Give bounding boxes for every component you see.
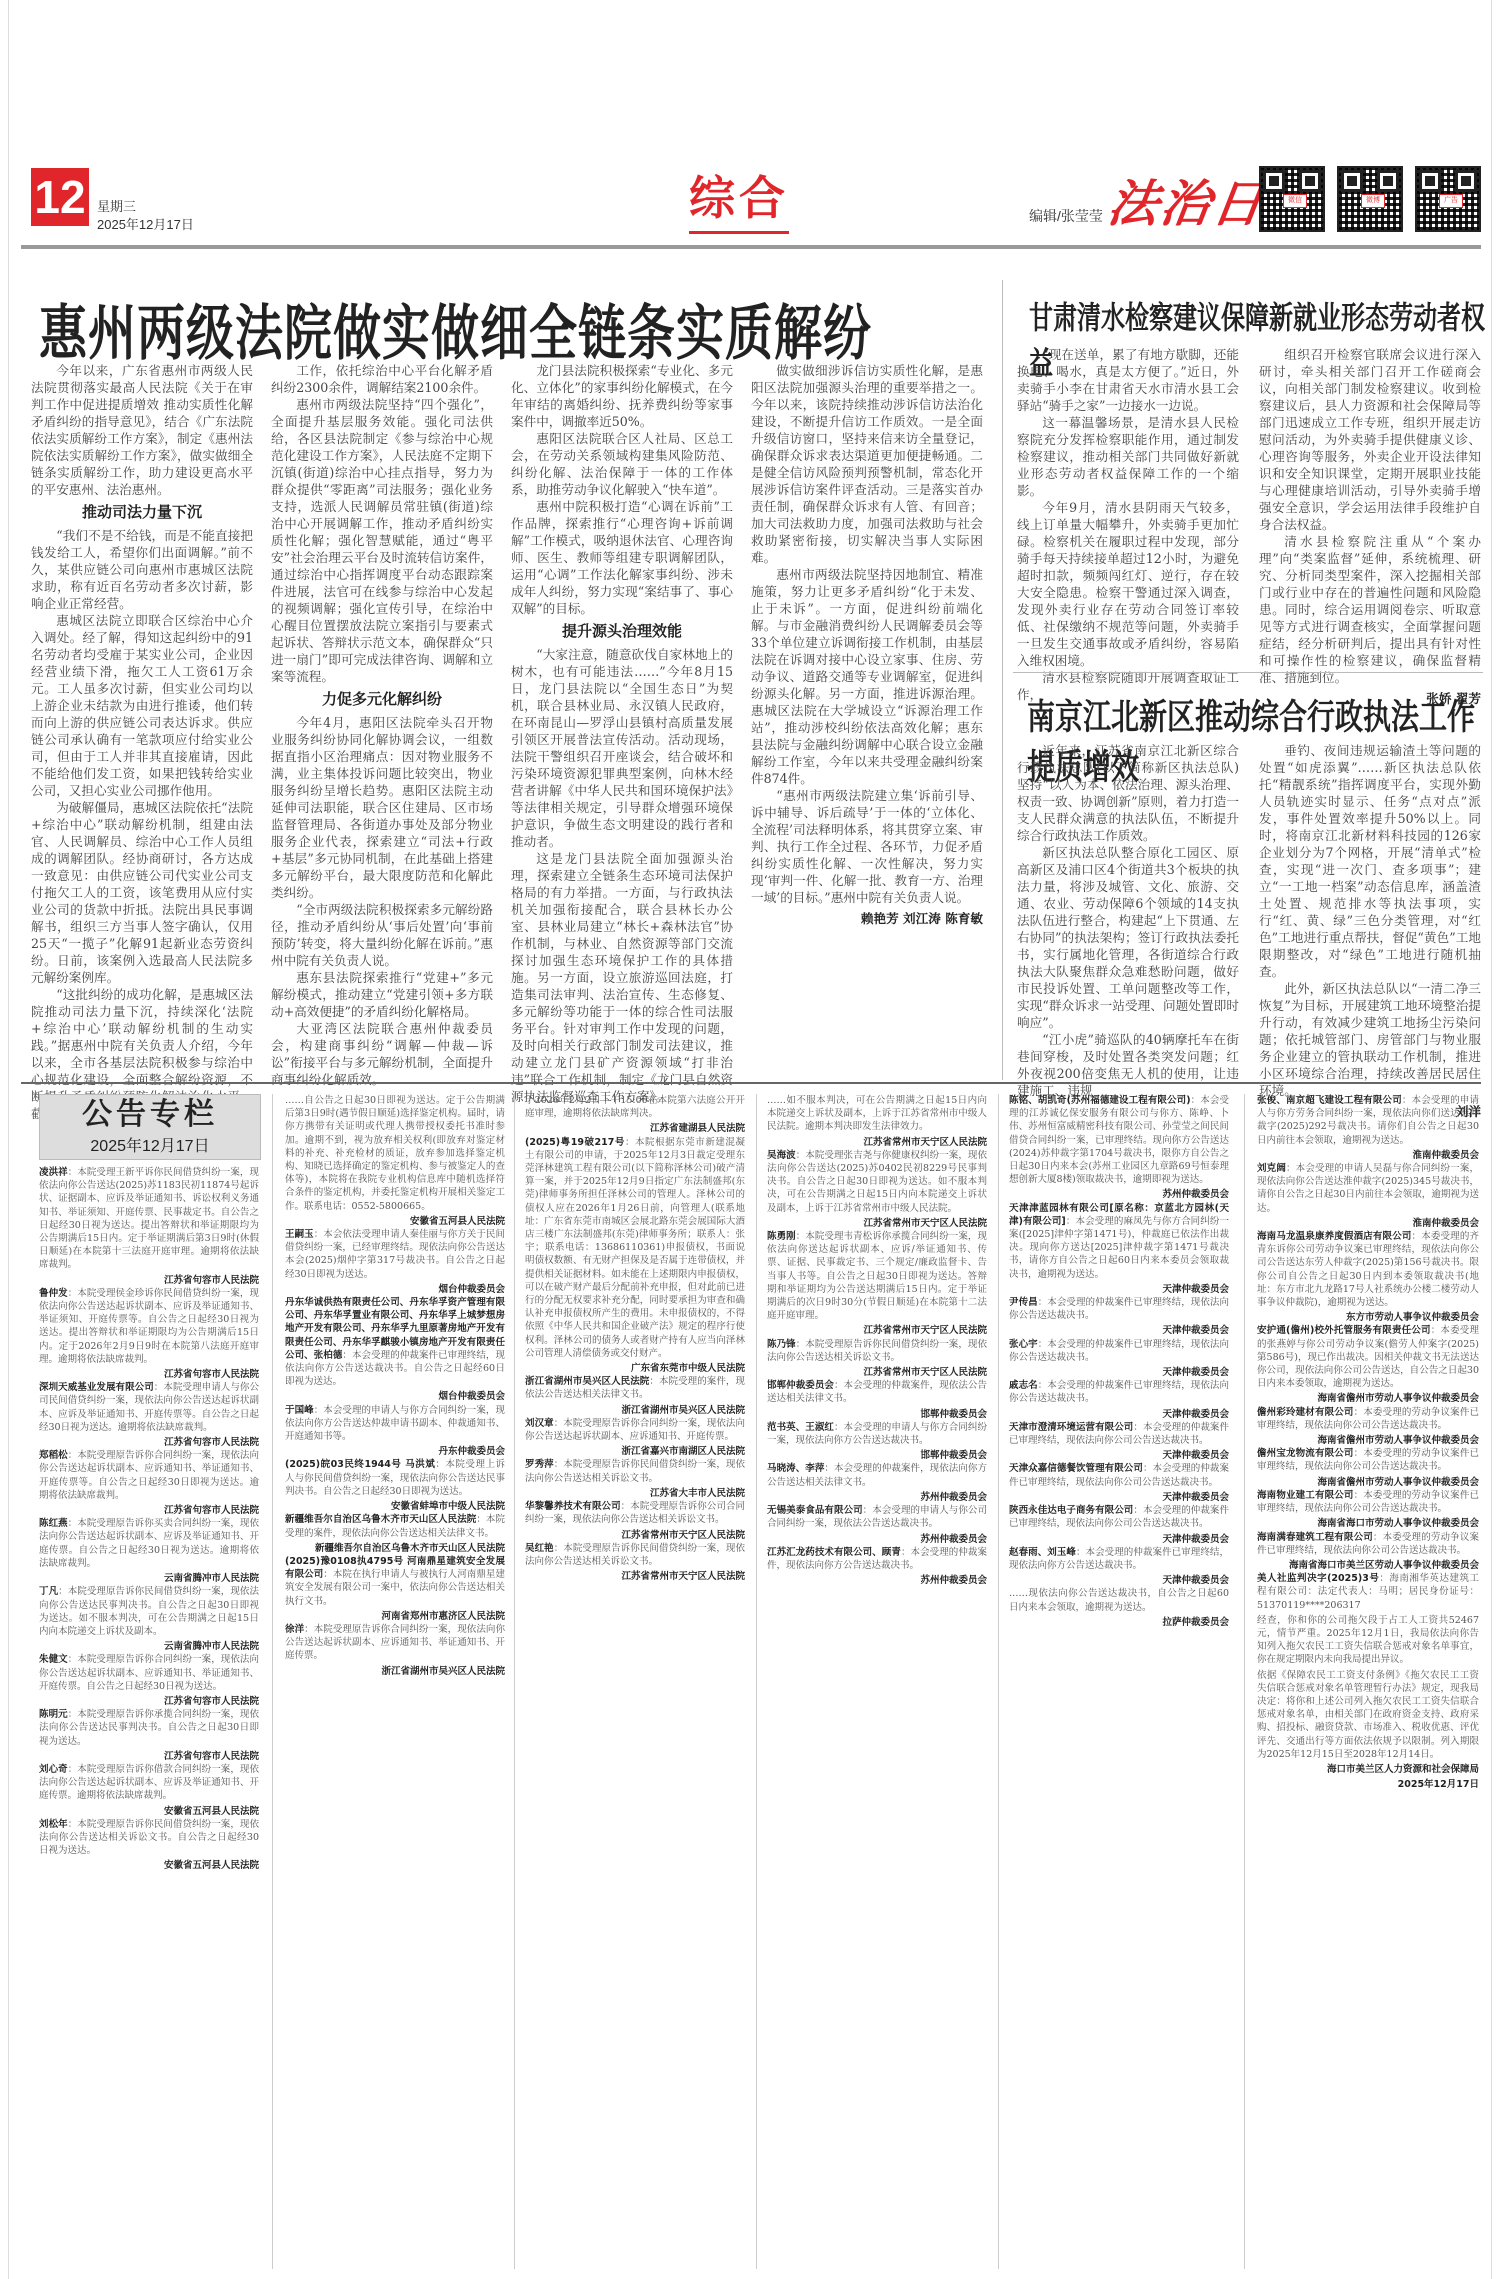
notice-body: 依据《保障农民工工资支付条例》《拖欠农民工工资失信联合惩戒对象名单管理暂行办法》… [1257, 1670, 1479, 1760]
notice-issuer: 2025年12月17日 [1257, 1778, 1479, 1791]
notice-recipient: 王嗣玉 [285, 1229, 314, 1240]
qr-code-group: 微信 微博 广告 [1259, 166, 1481, 232]
notice-item: 王嗣玉：本会依法受理申请人秦佳丽与你方关于民间借贷纠纷一案，已经审理终结。现依法… [285, 1228, 505, 1281]
notice-item: ……自公告之日起30日即视为送达。定于公告期满后第3日9时(遇节假日顺延)选择鉴… [285, 1094, 505, 1213]
notice-item: 陕西永佳达电子商务有限公司：本会受理的仲裁案件已审理终结，现依法向你公司公告送达… [1009, 1504, 1229, 1530]
notice-issuer: 浙江省湖州市吴兴区人民法院 [525, 1404, 745, 1417]
notice-issuer: 海南省儋州市劳动人事争议仲裁委员会 [1257, 1434, 1479, 1447]
notice-title: 公告专栏 [40, 1097, 260, 1133]
notice-divider [998, 1094, 999, 2269]
notice-divider [514, 1094, 515, 2269]
notice-issuer: 云南省腾冲市人民法院 [39, 1640, 259, 1653]
notice-issuer: 江苏省大丰市人民法院 [525, 1487, 745, 1500]
notice-item: 范书英、王淑红：本会受理的申请人与你方合同纠纷一案，现依法向你方公告送达裁决书。 [767, 1421, 987, 1447]
notice-issuer: 江苏省常州市天宁区人民法院 [767, 1217, 987, 1230]
notice-item: 吴红艳：本院受理原告诉你民间借贷纠纷一案，现依法向你公告送达相关诉讼文书。 [525, 1542, 745, 1568]
notice-issuer: 拉萨仲裁委员会 [1009, 1616, 1229, 1629]
notice-item: 丁凡：本院受理原告诉你民间借贷纠纷一案，现依法向你公告送达民事判决书。自公告之日… [39, 1585, 259, 1638]
notice-issuer: 海南省海口市劳动人事争议仲裁委员会 [1257, 1517, 1479, 1530]
notice-recipient: 美人社监判决字(2025)3号 [1257, 1573, 1379, 1584]
notice-item: 陈勇刚：本院受理韦青松诉你承揽合同纠纷一案，现依法向你送达起诉状副本、应诉/举证… [767, 1230, 987, 1322]
notice-recipient: 陕西永佳达电子商务有限公司 [1009, 1505, 1133, 1516]
subheading: 推动司法力量下沉 [31, 504, 253, 521]
notice-item: 安护通(儋州)校外托管服务有限责任公司：本委受理的张燕婷与你公司劳动争议案(儋劳… [1257, 1324, 1479, 1390]
notice-issuer: 邯郸仲裁委员会 [767, 1408, 987, 1421]
notice-issuer: 苏州仲裁委员会 [1009, 1188, 1229, 1201]
notice-recipient: 江苏汇龙药技术有限公司、顾青 [767, 1547, 901, 1558]
notice-body: 本院受理原告诉你民间借贷纠纷一案，现依法向你公告送达相关诉讼文书。 [767, 1339, 987, 1363]
notice-issuer: 安徽省五河县人民法院 [39, 1805, 259, 1818]
notice-recipient: 陈铭、胡凯奇(苏州福德建设工程有限公司) [1009, 1095, 1191, 1106]
notice-item: 鲁仲发：本院受理侯金珍诉你民间借贷纠纷一案，现依法向你公告送达起诉状副本、应诉及… [39, 1287, 259, 1366]
notice-body: ……现依法向你公告送达裁决书，自公告之日起60日内来本会领取，逾期视为送达。 [1009, 1588, 1229, 1612]
notice-body: 本会受理的江苏诚亿保安服务有限公司与你方、陈峥、卜伟、苏州恒富威精密科技有限公司… [1009, 1095, 1229, 1185]
masthead-divider [21, 245, 1481, 249]
notice-item: 吴海波：本院受理张吉尧与你健康权纠纷一案，现依法向你公告送达(2025)苏040… [767, 1149, 987, 1215]
notice-recipient: 陈乃锋 [767, 1339, 796, 1350]
paragraph: 为破解僵局，惠城区法院依托“法院+综治中心”联动解纷机制，组建由法官、人民调解员… [31, 799, 253, 986]
notice-item: 陈明元：本院受理原告诉你承揽合同纠纷一案，现依法向你公告送达民事判决书。自公告之… [39, 1708, 259, 1748]
subheading: 力促多元化解纠纷 [271, 691, 493, 708]
notice-item: 张心宇：本会受理的仲裁案件已审理终结，现依法向你公告送达裁决书。 [1009, 1338, 1229, 1364]
notice-issuer: 江苏省常州市天宁区人民法院 [767, 1324, 987, 1337]
notice-recipient: 张心宇 [1009, 1339, 1038, 1350]
notice-item: (2025)皖03民终1944号 马洪斌：本院受理上诉人与你民间借贷纠纷一案，现… [285, 1458, 505, 1498]
paragraph: 今年以来，广东省惠州市两级人民法院贯彻落实最高人民法院《关于在审判工作中促进提质… [31, 362, 253, 498]
notice-item: (2025)豫0108执4795号 河南鼎星建筑安全发展有限公司：本院在执行申请… [285, 1555, 505, 1608]
notice-item: 郑稻松：本院受理原告诉你合同纠纷一案，现依法向你公告送达起诉状副本、应诉通知书、… [39, 1449, 259, 1502]
notice-item: 天津市澄清环境运营有限公司：本会受理的仲裁案件已审理终结，现依法向你公司公告送达… [1009, 1421, 1229, 1447]
main-article-column-4: 做实做细涉诉信访实质性化解，是惠阳区法院加强源头治理的重要举措之一。今年以来，该… [751, 362, 983, 927]
notice-issuer: 天津仲裁委员会 [1009, 1574, 1229, 1587]
notice-body: 本会依法受理申请人秦佳丽与你方关于民间借贷纠纷一案，已经审理终结。现依法向你公告… [285, 1229, 505, 1280]
notice-body: 本会受理的仲裁案件已审理终结，现依法向你公告送达裁决书。 [1009, 1339, 1229, 1363]
notice-issuer: 安徽省蚌埠市中级人民法院 [285, 1500, 505, 1513]
paragraph: 这一幕温馨场景，是清水县人民检察院充分发挥检察职能作用，通过制发检察建议，推动相… [1017, 414, 1239, 499]
paragraph: 清水县检察院注重从“个案办理”向“类案监督”延伸，系统梳理、研究、分析同类型案件… [1259, 533, 1481, 686]
notice-item: 浙江省湖州市吴兴区人民法院：本院受理的案件，现依法公告送达相关法律文书。 [525, 1375, 745, 1401]
notice-issuer: 天津仲裁委员会 [1009, 1491, 1229, 1504]
notice-recipient: 陈明元 [39, 1709, 68, 1720]
notice-issuer: 江苏省句容市人民法院 [39, 1436, 259, 1449]
notice-item: 儋州彩玲建材有限公司：本委受理的劳动争议案件已审理终结，现依法向你公司公告送达裁… [1257, 1406, 1479, 1432]
notice-recipient: 天津市澄清环境运营有限公司 [1009, 1422, 1133, 1433]
notice-issuer: 苏州仲裁委员会 [767, 1533, 987, 1546]
notice-issuer: 天津仲裁委员会 [1009, 1366, 1229, 1379]
notice-issuer: 安徽省五河县人民法院 [285, 1215, 505, 1228]
notice-recipient: 海南物业建工有限公司 [1257, 1490, 1354, 1501]
notice-body: 本院受理原告诉你民间借贷纠纷一案，现依法向你公告送达相关诉讼文书。 [525, 1459, 745, 1483]
notice-item: 天津众嘉信德餐饮管理有限公司：本会受理的仲裁案件已审理终结，现依法向你公司公告送… [1009, 1462, 1229, 1488]
notice-item: ……现依法向你公告送达裁决书，自公告之日起60日内来本会领取，逾期视为送达。 [1009, 1587, 1229, 1613]
paragraph: 近年来，江苏省南京江北新区综合行政执法总队(以下简称新区执法总队)坚持“以人为本… [1017, 742, 1239, 844]
notice-recipient: (2025)粤19破217号 [525, 1137, 625, 1148]
notice-issuer: 海口市美兰区人力资源和社会保障局 [1257, 1763, 1479, 1776]
notice-recipient: 海南马龙温泉康养度假酒店有限公司 [1257, 1231, 1412, 1242]
notice-recipient: 安护通(儋州)校外托管服务有限责任公司 [1257, 1325, 1431, 1336]
paragraph: 惠州市两级法院坚持“四个强化”，全面提升基层服务效能。强化司法供给，各区县法院制… [271, 396, 493, 685]
notice-column-3: 于2026年2月2日下午15:00在本院第六法庭公开开庭审理，逾期将依法缺席判决… [525, 1094, 745, 2266]
notice-issuer: 天津仲裁委员会 [1009, 1283, 1229, 1296]
notice-body: 本院受理原告诉你民间借贷纠纷一案，现依法向你公告送达民事判决书。自公告之日起30… [39, 1586, 259, 1637]
notice-item: 海南满春建筑工程有限公司：本委受理的劳动争议案件已审理终结，现依法向你公司公告送… [1257, 1531, 1479, 1557]
qr-code-icon[interactable]: 微信 [1259, 166, 1325, 232]
paragraph: 大亚湾区法院联合惠州仲裁委员会，构建商事纠纷“调解—仲裁—诉讼”衔接平台与多元解… [271, 1020, 493, 1088]
qr-label: 微博 [1361, 194, 1385, 208]
paragraph: 垂钓、夜间违规运输渣土等问题的处置“如虎添翼”……新区执法总队依托“精靓系统”指… [1259, 742, 1481, 980]
notice-recipient: 新疆维吾尔自治区乌鲁木齐市天山区人民法院 [285, 1514, 476, 1525]
paragraph: 惠州中院积极打造“心调在诉前”工作品牌，探索推行“心理咨询+诉前调解”工作模式，… [511, 498, 733, 617]
qr-label: 广告 [1439, 194, 1463, 208]
notice-recipient: 徐洋 [285, 1624, 304, 1635]
notice-issuer: 江苏省句容市人民法院 [39, 1274, 259, 1287]
notice-body: 本院受理原告诉你合同纠纷一案，现依法向你公告送达起诉状副本、应诉通知书、举证通知… [285, 1624, 505, 1661]
notice-recipient: 刘心奇 [39, 1764, 68, 1775]
notice-body: 本院根据东莞市新建混凝土有限公司的申请，于2025年12月3日裁定受理东莞泽林建… [525, 1137, 745, 1359]
notice-issuer: 江苏省常州市天宁区人民法院 [525, 1529, 745, 1542]
editor-credit: 编辑/张莹莹 [1029, 206, 1103, 226]
notice-body: 本院受理原告诉你民间借贷纠纷一案，现依法向你公告送达相关诉讼文书。 [525, 1543, 745, 1567]
notice-recipient: 浙江省湖州市吴兴区人民法院 [525, 1376, 649, 1387]
notice-item: 天津津蓝园林有限公司[原名称：京蓝北方园林(天津)有限公司]：本会受理的麻凤先与… [1009, 1202, 1229, 1281]
paragraph: “我们不是不给钱，而是不能直接把钱发给工人，希望你们出面调解。”前不久，某供应链… [31, 527, 253, 612]
notice-item: (2025)粤19破217号：本院根据东莞市新建混凝土有限公司的申请，于2025… [525, 1136, 745, 1360]
notice-issuer: 江苏省常州市天宁区人民法院 [767, 1136, 987, 1149]
notice-body: 本院受理王新平诉你民间借贷纠纷一案，现依法向你公告送达(2025)苏1183民初… [39, 1167, 259, 1270]
notice-item: 依据《保障农民工工资支付条例》《拖欠农民工工资失信联合惩戒对象名单管理暂行办法》… [1257, 1669, 1479, 1761]
notice-issuer: 江苏省句容市人民法院 [39, 1504, 259, 1517]
notice-issuer: 苏州仲裁委员会 [767, 1491, 987, 1504]
notice-body: 本院受理原告诉你合同纠纷一案，现依法向你公告送达起诉状副本、应诉通知书、开庭传票… [525, 1418, 745, 1442]
notice-column-5: 陈铭、胡凯奇(苏州福德建设工程有限公司)：本会受理的江苏诚亿保安服务有限公司与你… [1009, 1094, 1229, 2266]
notice-item: 刘心奇：本院受理原告诉你借款合同纠纷一案，现依法向你公告送达起诉状副本、应诉及举… [39, 1763, 259, 1803]
notice-recipient: 海南满春建筑工程有限公司 [1257, 1532, 1373, 1543]
notice-issuer: 天津仲裁委员会 [1009, 1449, 1229, 1462]
notice-issuer: 海南省儋州市劳动人事争议仲裁委员会 [1257, 1392, 1479, 1405]
qr-code-icon[interactable]: 广告 [1415, 166, 1481, 232]
notice-recipient: 刘汉章 [525, 1418, 554, 1429]
notice-issuer: 烟台仲裁委员会 [285, 1390, 505, 1403]
paragraph: “全市两级法院积极探索多元解纷路径，推动矛盾纠纷从‘事后处置’向‘事前预防’转变… [271, 901, 493, 969]
paragraph: 惠州市两级法院坚持因地制宜、精准施策，努力让更多矛盾纠纷“化于未发、止于未诉”。… [751, 566, 983, 787]
notice-recipient: 朱健文 [39, 1654, 68, 1665]
notice-item: 徐洋：本院受理原告诉你合同纠纷一案，现依法向你公告送达起诉状副本、应诉通知书、举… [285, 1623, 505, 1663]
notice-recipient: 儋州彩玲建材有限公司 [1257, 1407, 1354, 1418]
side-article-2-column-2: 垂钓、夜间违规运输渣土等问题的处置“如虎添翼”……新区执法总队依托“精靓系统”指… [1259, 742, 1481, 1120]
notice-issuer: 海南省儋州市劳动人事争议仲裁委员会 [1257, 1476, 1479, 1489]
notice-body: 本委受理的齐青东诉你公司劳动争议案已审理终结，现依法向你公司公告送达东劳人仲裁字… [1257, 1231, 1479, 1308]
page-number: 12 [31, 168, 89, 226]
notice-column-4: ……如不服本判决，可在公告期满之日起15日内向本院递交上诉状及副本，上诉于江苏省… [767, 1094, 987, 2266]
notice-issuer: 烟台仲裁委员会 [285, 1283, 505, 1296]
notice-recipient: 戚志名 [1009, 1380, 1038, 1391]
notice-body: 本院受理原告诉你民间借贷纠纷一案，现依法向你公告送达相关诉讼文书。自公告之日起经… [39, 1819, 259, 1856]
notice-issuer: 新疆维吾尔自治区乌鲁木齐市天山区人民法院 [285, 1542, 505, 1555]
qr-code-icon[interactable]: 微博 [1337, 166, 1403, 232]
notice-body: 本会受理的仲裁案件已审理终结，现依法向你公告送达裁决书。 [1009, 1297, 1229, 1321]
notice-body: 本院受理韦青松诉你承揽合同纠纷一案，现依法向你送达起诉状副本、应诉/举证通知书、… [767, 1231, 987, 1321]
notice-recipient: 罗秀萍 [525, 1459, 554, 1470]
notice-recipient: (2025)皖03民终1944号 马洪斌 [285, 1459, 435, 1470]
side-article-1-column-2: 组织召开检察官联席会议进行深入研讨，牵头相关部门召开工作磋商会议，向相关部门制发… [1259, 346, 1481, 707]
notice-body: 本院受理原告诉你借款合同纠纷一案，现依法向你公告送达起诉状副本、应诉及举证通知书… [39, 1764, 259, 1801]
notice-item: 新疆维吾尔自治区乌鲁木齐市天山区人民法院：本院受理的案件，现依法向你公告送达相关… [285, 1513, 505, 1539]
section-title: 综合 [689, 162, 789, 228]
notice-body: 本会受理的仲裁案件已审理终结，现依法向你公告送达裁决书。 [1009, 1380, 1229, 1404]
notice-item: 刘松年：本院受理原告诉你民间借贷纠纷一案，现依法向你公告送达相关诉讼文书。自公告… [39, 1818, 259, 1858]
qr-label: 微信 [1283, 194, 1307, 208]
notice-body: 本院受理侯金珍诉你民间借贷纠纷一案，现依法向你公告送达起诉状副本、应诉及举证通知… [39, 1288, 259, 1365]
notice-issuer: 天津仲裁委员会 [1009, 1324, 1229, 1337]
notice-item: 张俊、南京超飞建设工程有限公司：本会受理的申请人与你方劳务合同纠纷一案，现依法向… [1257, 1094, 1479, 1147]
masthead: 12 星期三 2025年12月17日 综合 编辑/张莹莹 法治日报 微信 微博 … [29, 160, 1469, 240]
notice-issuer: 江苏省句容市人民法院 [39, 1750, 259, 1763]
notice-issuer: 江苏省句容市人民法院 [39, 1368, 259, 1381]
notice-divider [756, 1094, 757, 2269]
main-headline: 惠州两级法院做实做细全链条实质解纷 [39, 285, 872, 371]
paragraph: 今年9月，清水县阴雨天气较多，线上订单量大幅攀升，外卖骑手更加忙碌。检察机关在履… [1017, 499, 1239, 669]
notice-issuer: 淮南仲裁委员会 [1257, 1217, 1479, 1230]
paragraph: “大家注意，随意砍伐自家林地上的树木，也有可能违法……”今年8月15日，龙门县法… [511, 646, 733, 850]
notice-issuer: 邯郸仲裁委员会 [767, 1449, 987, 1462]
notice-item: 陈铭、胡凯奇(苏州福德建设工程有限公司)：本会受理的江苏诚亿保安服务有限公司与你… [1009, 1094, 1229, 1186]
notice-item: 尹传昌：本会受理的仲裁案件已审理终结，现依法向你公告送达裁决书。 [1009, 1296, 1229, 1322]
main-article-column-3: 龙门县法院积极探索“专业化、多元化、立体化”的家事纠纷化解模式，在今年审结的离婚… [511, 362, 733, 1105]
notice-item: 儋州宝龙物流有限公司：本委受理的劳动争议案件已审理终结，现依法向你公司公告送达裁… [1257, 1447, 1479, 1473]
weekday: 星期三 [97, 196, 136, 215]
notice-divider [1244, 1094, 1245, 2269]
notice-recipient: 陈勇刚 [767, 1231, 796, 1242]
notice-item: 海南马龙温泉康养度假酒店有限公司：本委受理的齐青东诉你公司劳动争议案已审理终结，… [1257, 1230, 1479, 1309]
notice-issuer: 丹东仲裁委员会 [285, 1445, 505, 1458]
notice-item: 朱健文：本院受理原告诉你合同纠纷一案，现依法向你公告送达起诉状副本、应诉通知书、… [39, 1653, 259, 1693]
byline: 赖艳芳 刘江涛 陈育敏 [751, 910, 983, 927]
notice-issuer: 淮南仲裁委员会 [1257, 1149, 1479, 1162]
notice-divider [272, 1094, 273, 2269]
notice-recipient: 吴红艳 [525, 1543, 554, 1554]
notice-recipient: 华黎馨养技术有限公司 [525, 1501, 621, 1512]
paragraph: 新区执法总队整合原化工园区、原高新区及浦口区4个街道共3个板块的执法力量，将涉及… [1017, 844, 1239, 1031]
notice-item: 于2026年2月2日下午15:00在本院第六法庭公开开庭审理，逾期将依法缺席判决… [525, 1094, 745, 1120]
notice-item: 邯郸仲裁委员会：本会受理的仲裁案件，现依法公告送达相关法律文书。 [767, 1379, 987, 1405]
notice-item: 赵春雨、刘玉峰：本会受理的仲裁案件已审理终结，现依法向你方公告送达裁决书。 [1009, 1546, 1229, 1572]
notice-recipient: 尹传昌 [1009, 1297, 1038, 1308]
notice-issuer: 江苏省常州市天宁区人民法院 [525, 1570, 745, 1583]
notice-item: 陈红燕：本院受理原告诉你买卖合同纠纷一案，现依法向你公告送达起诉状副本、应诉及举… [39, 1517, 259, 1570]
paragraph: 惠东县法院探索推行“党建+”多元解纷模式，推动建立“党建引领+多方联动+高效便捷… [271, 969, 493, 1020]
notice-item: 丹东华诚供热有限责任公司、丹东华孚资产管理有限公司、丹东华孚置业有限公司、丹东华… [285, 1296, 505, 1388]
notice-body: ……自公告之日起30日即视为送达。定于公告期满后第3日9时(遇节假日顺延)选择鉴… [285, 1095, 505, 1212]
notice-item: 江苏汇龙药技术有限公司、顾青：本会受理的仲裁案件，现依法向你方公告送达裁决书。 [767, 1546, 987, 1572]
notice-issuer: 江苏省建湖县人民法院 [525, 1122, 745, 1135]
notice-body: 本院受理原告诉你合同纠纷一案，现依法向你公告送达起诉状副本、应诉通知书、举证通知… [39, 1450, 259, 1501]
paragraph: 做实做细涉诉信访实质性化解，是惠阳区法院加强源头治理的重要举措之一。今年以来，该… [751, 362, 983, 566]
notice-item: ……如不服本判决，可在公告期满之日起15日内向本院递交上诉状及副本，上诉于江苏省… [767, 1094, 987, 1134]
subheading: 提升源头治理效能 [511, 623, 733, 640]
paragraph: 惠阳区法院联合区人社局、区总工会，在劳动关系领域构建集风险防范、纠纷化解、法治保… [511, 430, 733, 498]
issue-date: 2025年12月17日 [97, 214, 194, 233]
notice-date: 2025年12月17日 [40, 1133, 260, 1156]
notice-body: 本院受理原告诉你买卖合同纠纷一案，现依法向你公告送达起诉状副本、应诉及举证通知书… [39, 1518, 259, 1569]
notice-body: 于2026年2月2日下午15:00在本院第六法庭公开开庭审理，逾期将依法缺席判决… [525, 1095, 745, 1119]
notice-body: 本院受理原告诉你承揽合同纠纷一案，现依法向你公告送达民事判决书。自公告之日起30… [39, 1709, 259, 1746]
paragraph: “惠州市两级法院建立集‘诉前引导、诉中辅导、诉后疏导’于一体的‘立体化、全流程’… [751, 787, 983, 906]
notice-item: 刘汉章：本院受理原告诉你合同纠纷一案，现依法向你公告送达起诉状副本、应诉通知书、… [525, 1417, 745, 1443]
paragraph: 工作，依托综治中心平台化解矛盾纠纷2300余件，调解结案2100余件。 [271, 362, 493, 396]
notice-issuer: 东方市劳动人事争议仲裁委员会 [1257, 1311, 1479, 1324]
notice-recipient: 赵春雨、刘玉峰 [1009, 1547, 1076, 1558]
newspaper-page: 12 星期三 2025年12月17日 综合 编辑/张莹莹 法治日报 微信 微博 … [8, 0, 1492, 2279]
notice-item: 陈乃锋：本院受理原告诉你民间借贷纠纷一案，现依法向你公告送达相关诉讼文书。 [767, 1338, 987, 1364]
notice-item: 经查，你和你的公司拖欠段于占工人工资共52467元，情节严重。2025年12月1… [1257, 1614, 1479, 1667]
notice-recipient: 无锡美泰食品有限公司 [767, 1505, 863, 1516]
paragraph: 惠城区法院立即联合区综治中心介入调处。经了解，得知这起纠纷中的91名劳动者均受雇… [31, 612, 253, 799]
paragraph: “现在送单，累了有地方歇脚，还能换电、喝水，真是太方便了。”近日，外卖骑手小李在… [1017, 346, 1239, 414]
notice-item: 马晓涛、李萍：本会受理的仲裁案件，现依法向你方公告送达相关法律文书。 [767, 1462, 987, 1488]
notice-section-divider [21, 1082, 1481, 1084]
notice-recipient: 刘松年 [39, 1819, 68, 1830]
notice-issuer: 天津仲裁委员会 [1009, 1533, 1229, 1546]
notice-issuer: 广东省东莞市中级人民法院 [525, 1362, 745, 1375]
notice-column-2: ……自公告之日起30日即视为送达。定于公告期满后第3日9时(遇节假日顺延)选择鉴… [285, 1094, 505, 2266]
notice-item: 无锡美泰食品有限公司：本会受理的申请人与你公司合同纠纷一案，现依法公告送达裁决书… [767, 1504, 987, 1530]
notice-body: 本院受理张吉尧与你健康权纠纷一案，现依法向你公告送达(2025)苏0402民初8… [767, 1150, 987, 1214]
notice-recipient: 儋州宝龙物流有限公司 [1257, 1448, 1354, 1459]
paragraph: 组织召开检察官联席会议进行深入研讨，牵头相关部门召开工作磋商会议，向相关部门制发… [1259, 346, 1481, 533]
notice-item: 深圳天威基业发展有限公司：本院受理申请人与你公司民间借贷纠纷一案，现依法向你公告… [39, 1381, 259, 1434]
notice-body: 本院受理原告诉你合同纠纷一案，现依法向你公告送达起诉状副本、应诉通知书、举证通知… [39, 1654, 259, 1691]
notice-column-1: 凌洪祥：本院受理王新平诉你民间借贷纠纷一案，现依法向你公告送达(2025)苏11… [39, 1166, 259, 2266]
notice-issuer: 河南省郑州市惠济区人民法院 [285, 1610, 505, 1623]
notice-column-banner: 公告专栏 2025年12月17日 [39, 1094, 261, 1160]
notice-recipient: 丁凡 [39, 1586, 58, 1597]
paragraph: “江小虎”骑巡队的40辆摩托车在街巷间穿梭，及时处置各类突发问题；红外夜视200… [1017, 1031, 1239, 1099]
notice-issuer: 江苏省句容市人民法院 [39, 1695, 259, 1708]
notice-issuer: 海南省海口市美兰区劳动人事争议仲裁委员会 [1257, 1559, 1479, 1572]
notice-body: 本会受理的申请人吴磊与你合同纠纷一案，现依法向你公告送达淮仲裁字(2025)34… [1257, 1163, 1479, 1214]
notice-issuer: 安徽省五河县人民法院 [39, 1859, 259, 1872]
notice-recipient: 鲁仲发 [39, 1288, 68, 1299]
paragraph: 这是龙门县法院全面加强源头治理，探索建立全链条生态环境司法保护格局的有力举措。一… [511, 850, 733, 1105]
notice-item: 华黎馨养技术有限公司：本院受理原告诉你公司合同纠纷一案，现依法向你公告送达相关诉… [525, 1500, 745, 1526]
notice-recipient: 陈红燕 [39, 1518, 68, 1529]
main-article-column-2: 工作，依托综治中心平台化解矛盾纠纷2300余件，调解结案2100余件。惠州市两级… [271, 362, 493, 1088]
notice-recipient: 吴海波 [767, 1150, 796, 1161]
notice-recipient: 邯郸仲裁委员会 [767, 1380, 834, 1391]
notice-recipient: 范书英、王淑红 [767, 1422, 834, 1433]
notice-recipient: 深圳天威基业发展有限公司 [39, 1382, 154, 1393]
notice-item: 罗秀萍：本院受理原告诉你民间借贷纠纷一案，现依法向你公告送达相关诉讼文书。 [525, 1458, 745, 1484]
notice-recipient: 于国峰 [285, 1405, 314, 1416]
notice-issuer: 天津仲裁委员会 [1009, 1408, 1229, 1421]
article-divider [1013, 672, 1483, 673]
notice-recipient: 天津众嘉信德餐饮管理有限公司 [1009, 1463, 1143, 1474]
paragraph: 龙门县法院积极探索“专业化、多元化、立体化”的家事纠纷化解模式，在今年审结的离婚… [511, 362, 733, 430]
notice-body: 本会受理的申请人与你方合同纠纷一案，现依法向你方公告送达仲裁申请书副本、仲裁通知… [285, 1405, 505, 1442]
column-divider [1002, 280, 1003, 1080]
notice-recipient: 凌洪祥 [39, 1167, 68, 1178]
notice-recipient: 刘克阔 [1257, 1163, 1286, 1174]
notice-issuer: 浙江省湖州市吴兴区人民法院 [285, 1665, 505, 1678]
notice-item: 凌洪祥：本院受理王新平诉你民间借贷纠纷一案，现依法向你公告送达(2025)苏11… [39, 1166, 259, 1272]
notice-item: 戚志名：本会受理的仲裁案件已审理终结，现依法向你公告送达裁决书。 [1009, 1379, 1229, 1405]
notice-issuer: 江苏省常州市天宁区人民法院 [767, 1366, 987, 1379]
paragraph: 今年4月，惠阳区法院牵头召开物业服务纠纷协同化解协调会议，一组数据直指小区治理痛… [271, 714, 493, 901]
notice-body: ……如不服本判决，可在公告期满之日起15日内向本院递交上诉状及副本，上诉于江苏省… [767, 1095, 987, 1132]
notice-recipient: 张俊、南京超飞建设工程有限公司 [1257, 1095, 1402, 1106]
notice-issuer: 苏州仲裁委员会 [767, 1574, 987, 1587]
notice-body: 经查，你和你的公司拖欠段于占工人工资共52467元，情节严重。2025年12月1… [1257, 1615, 1479, 1666]
side-article-1-column-1: “现在送单，累了有地方歇脚，还能换电、喝水，真是太方便了。”近日，外卖骑手小李在… [1017, 346, 1239, 703]
notice-item: 海南物业建工有限公司：本委受理的劳动争议案件已审理终结，现依法向你公司公告送达裁… [1257, 1489, 1479, 1515]
notice-recipient: 马晓涛、李萍 [767, 1463, 824, 1474]
notice-item: 美人社监判决字(2025)3号：海南湘华英达建筑工程有限公司：法定代表人：马明；… [1257, 1572, 1479, 1612]
main-article-column-1: 今年以来，广东省惠州市两级人民法院贯彻落实最高人民法院《关于在审判工作中促进提质… [31, 362, 253, 1122]
notice-issuer: 浙江省嘉兴市南湖区人民法院 [525, 1445, 745, 1458]
notice-column-6: 张俊、南京超飞建设工程有限公司：本会受理的申请人与你方劳务合同纠纷一案，现依法向… [1257, 1094, 1479, 2266]
side-article-2-column-1: 近年来，江苏省南京江北新区综合行政执法总队(以下简称新区执法总队)坚持“以人为本… [1017, 742, 1239, 1099]
notice-item: 于国峰：本会受理的申请人与你方合同纠纷一案，现依法向你方公告送达仲裁申请书副本、… [285, 1404, 505, 1444]
notice-item: 刘克阔：本会受理的申请人吴磊与你合同纠纷一案，现依法向你公告送达淮仲裁字(202… [1257, 1162, 1479, 1215]
notice-issuer: 云南省腾冲市人民法院 [39, 1572, 259, 1585]
notice-recipient: 郑稻松 [39, 1450, 68, 1461]
